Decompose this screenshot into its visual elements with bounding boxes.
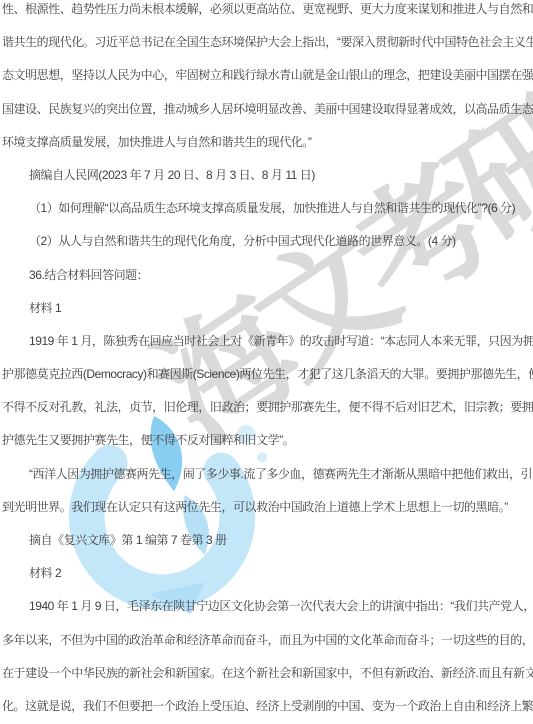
- text-line: 材料 1: [0, 292, 533, 325]
- document-page: 海文考研 性、根源性、趋势性压力尚未根本缓解，必须以更高站位、更宽视野、更大力度…: [0, 0, 533, 724]
- text-line: 摘编自人民网(2023 年 7 月 20 日、8 月 3 日、8 月 11 日): [0, 159, 533, 192]
- text-line: 护德先生又要拥护赛先生，便不得不反对国粹和旧文学”。: [0, 424, 533, 457]
- text-line: “西洋人因为拥护德赛两先生，闹了多少事.流了多少血，德赛两先生才渐渐从黑暗中把他…: [0, 458, 533, 491]
- text-line: 态文明思想，坚持以人民为中心，牢固树立和践行绿水青山就是金山银山的理念，把建设美…: [0, 59, 533, 92]
- text-line: 国建设、民族复兴的突出位置，推动城乡人居环境明显改善、美丽中国建设取得显著成效，…: [0, 93, 533, 126]
- text-line: 不得不反对孔教，礼法，贞节，旧伦理，旧政治；要拥护那赛先生，便不得不后对旧艺术，…: [0, 391, 533, 424]
- text-line: 摘自《复兴文库》第 1 编第 7 卷第 3 册: [0, 524, 533, 557]
- text-line: 在于建设一个中华民族的新社会和新国家。在这个新社会和新国家中，不但有新政治、新经…: [0, 657, 533, 690]
- document-text: 性、根源性、趋势性压力尚未根本缓解，必须以更高站位、更宽视野、更大力度来谋划和推…: [0, 0, 533, 723]
- text-line: 1940 年 1 月 9 日，毛泽东在陕甘宁边区文化协会第一次代表大会上的讲演中…: [0, 590, 533, 623]
- text-line: 到光明世界。我们现在认定只有这两位先生，可以救治中国政治上道德上学术上思想上一切…: [0, 491, 533, 524]
- text-line: （2）从人与自然和谐共生的现代化角度，分析中国式现代化道路的世界意义。(4 分): [0, 225, 533, 258]
- text-line: 谐共生的现代化。习近平总书记在全国生态环境保护大会上指出，“要深入贯彻新时代中国…: [0, 26, 533, 59]
- text-line: 36.结合材料回答问题：: [0, 259, 533, 292]
- text-line: 化。这就是说，我们不但要把一个政治上受压迫、经济上受剥削的中国、变为一个政治上自…: [0, 690, 533, 723]
- text-line: 性、根源性、趋势性压力尚未根本缓解，必须以更高站位、更宽视野、更大力度来谋划和推…: [0, 0, 533, 26]
- text-line: 多年以来，不但为中国的政治革命和经济革命而奋斗，而且为中国的文化革命而奋斗；一切…: [0, 624, 533, 657]
- text-line: （1）如何理解“以高品质生态环境支撑高质量发展，加快推进人与自然和谐共生的现代化…: [0, 192, 533, 225]
- text-line: 环境支撑高质量发展，加快推进人与自然和谐共生的现代化。”: [0, 126, 533, 159]
- text-line: 护那德莫克拉西(Democracy)和赛因斯(Science)两位先生，才犯了这…: [0, 358, 533, 391]
- text-line: 材料 2: [0, 557, 533, 590]
- text-line: 1919 年 1 月，陈独秀在回应当时社会上对《新青年》的攻击时写道：“本志同人…: [0, 325, 533, 358]
